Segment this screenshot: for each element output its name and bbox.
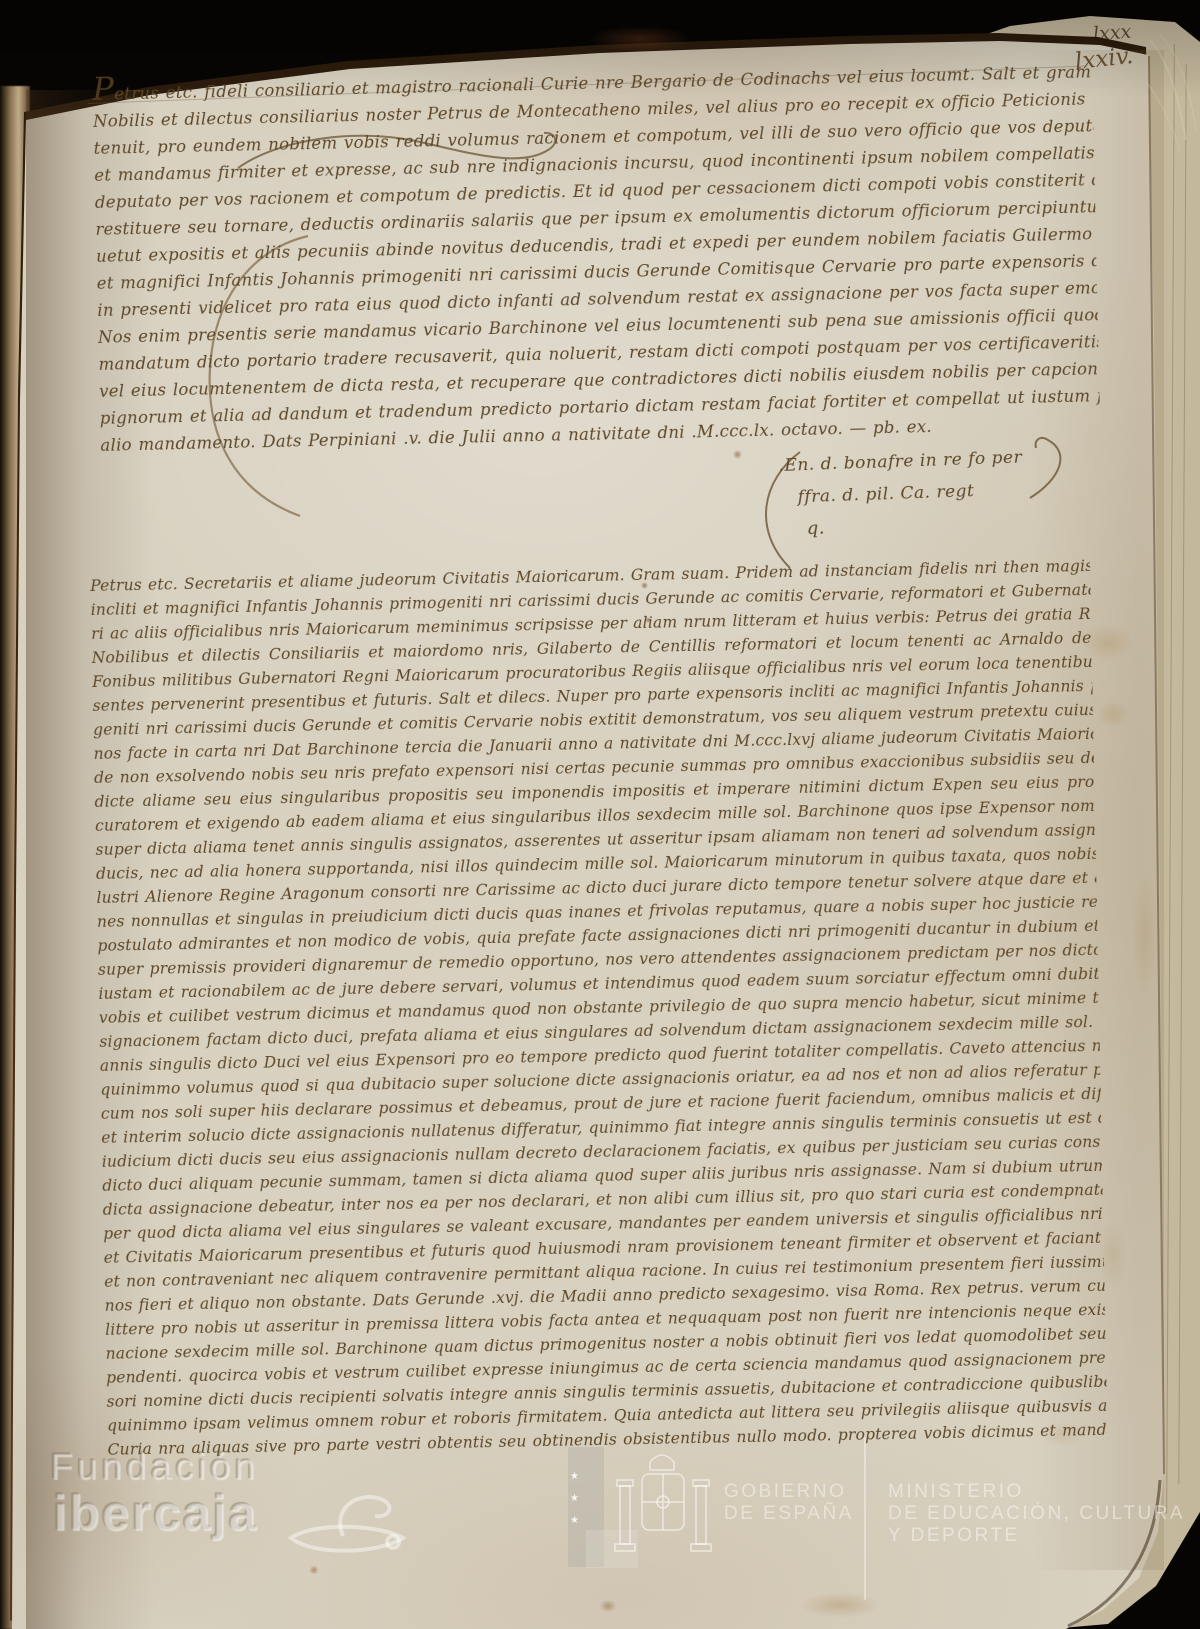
manuscript-photo: { "folio": { "recto_number": "lxxiv.", "… <box>0 0 1200 1629</box>
letter-1-block: Petrus etc. fideli consiliario et magist… <box>92 53 1100 459</box>
signature-block: .En. d. bonafre in re fo per ffra. d. pi… <box>778 440 1081 546</box>
letter-2-block: Petrus etc. Secretariis et aliame judeor… <box>90 554 1108 1462</box>
